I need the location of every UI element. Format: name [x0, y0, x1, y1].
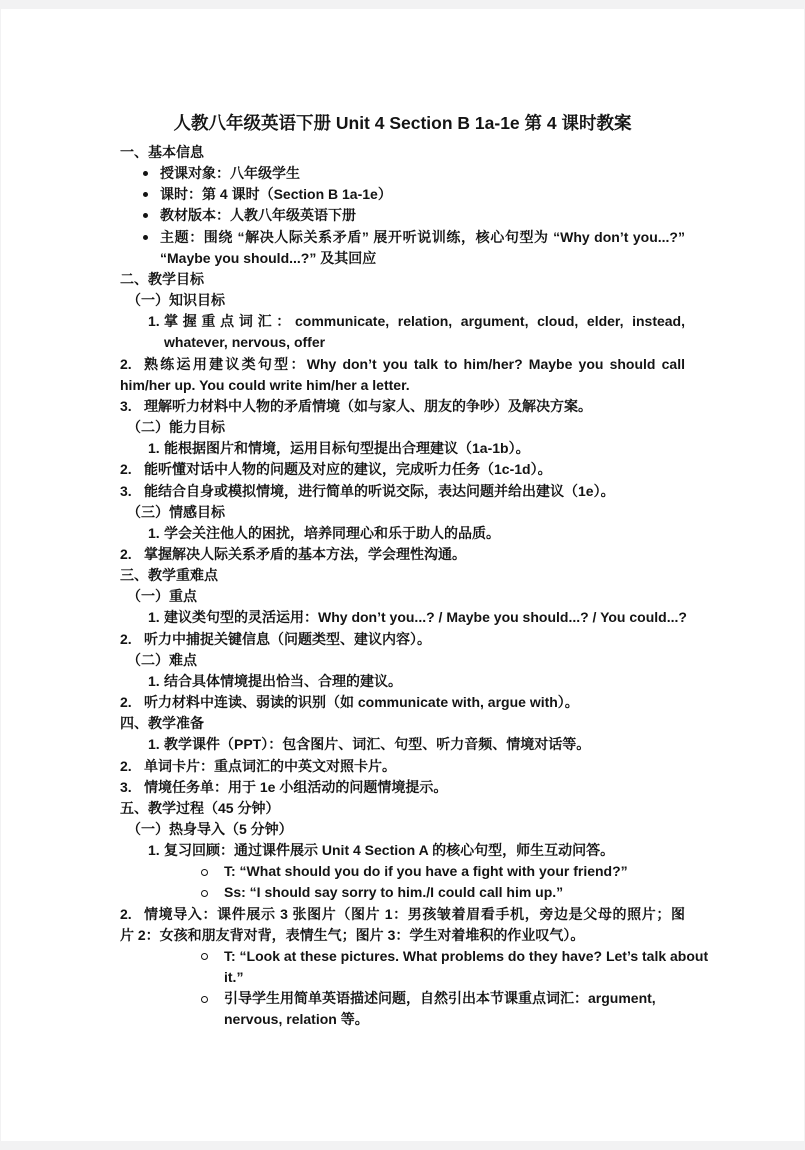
document-page: 人教八年级英语下册 Unit 4 Section B 1a-1e 第 4 课时教…: [1, 9, 804, 1141]
doc-line-text: T: “Look at these pictures. What problem…: [224, 948, 708, 964]
doc-line: 1.建议类句型的灵活运用：Why don’t you...? / Maybe y…: [120, 607, 685, 628]
doc-line-text: （二）难点: [127, 652, 197, 668]
list-number: 2.: [120, 756, 132, 777]
list-number: 1.: [148, 734, 160, 755]
doc-line: 2.熟练运用建议类句型：Why don’t you talk to him/he…: [120, 354, 685, 375]
doc-line-text: 建议类句型的灵活运用：Why don’t you...? / Maybe you…: [164, 609, 687, 625]
doc-line-text: 二、教学目标: [120, 271, 204, 287]
document-title: 人教八年级英语下册 Unit 4 Section B 1a-1e 第 4 课时教…: [119, 109, 686, 137]
doc-line-text: （一）重点: [127, 588, 197, 604]
list-number: 2.: [120, 904, 132, 925]
doc-line: Ss: “I should say sorry to him./I could …: [120, 882, 685, 903]
doc-line-text: 四、教学准备: [120, 715, 204, 731]
list-number: 1.: [148, 438, 160, 459]
doc-line-text: （二）能力目标: [127, 419, 225, 435]
doc-line: 2.听力材料中连读、弱读的识别（如 communicate with, argu…: [120, 692, 685, 713]
list-number: 1.: [148, 840, 160, 861]
doc-line: 1.教学课件（PPT）：包含图片、词汇、句型、听力音频、情境对话等。: [120, 734, 685, 755]
doc-line: 五、教学过程（45 分钟）: [120, 798, 685, 819]
doc-line-text: T: “What should you do if you have a fig…: [224, 863, 628, 879]
doc-line: 一、基本信息: [120, 142, 685, 163]
doc-line-text: 复习回顾：通过课件展示 Unit 4 Section A 的核心句型，师生互动问…: [164, 842, 614, 858]
doc-line-text: 情境导入：课件展示 3 张图片（图片 1：男孩皱着眉看手机，旁边是父母的照片；图: [144, 906, 685, 922]
doc-line: 1.学会关注他人的困扰，培养同理心和乐于助人的品质。: [120, 523, 685, 544]
doc-line: him/her up. You could write him/her a le…: [120, 375, 685, 396]
bullet-icon: [143, 192, 148, 197]
doc-line: 教材版本：人教八年级英语下册: [120, 205, 685, 226]
doc-line: 1.掌握重点词汇：communicate, relation, argument…: [120, 311, 685, 332]
doc-line: （一）知识目标: [120, 290, 685, 311]
doc-line: 1.结合具体情境提出恰当、合理的建议。: [120, 671, 685, 692]
doc-line-text: 主题：围绕 “解决人际关系矛盾” 展开听说训练，核心句型为 “Why don’t…: [160, 229, 685, 245]
screenshot-root: { "page": { "title": "人教八年级英语下册 Unit 4 S…: [0, 0, 805, 1150]
doc-line: 主题：围绕 “解决人际关系矛盾” 展开听说训练，核心句型为 “Why don’t…: [120, 227, 685, 248]
list-number: 2.: [120, 459, 132, 480]
circle-bullet-icon: [201, 953, 208, 960]
doc-line-text: 能结合自身或模拟情境，进行简单的听说交际，表达问题并给出建议（1e）。: [144, 483, 615, 499]
doc-line-text: nervous, relation 等。: [224, 1011, 369, 1027]
doc-line: it.”: [120, 967, 685, 988]
doc-line-text: 结合具体情境提出恰当、合理的建议。: [164, 673, 402, 689]
doc-line-text: （一）知识目标: [127, 292, 225, 308]
doc-line-text: Ss: “I should say sorry to him./I could …: [224, 884, 563, 900]
doc-line: 2.听力中捕捉关键信息（问题类型、建议内容）。: [120, 629, 685, 650]
doc-line: 2.情境导入：课件展示 3 张图片（图片 1：男孩皱着眉看手机，旁边是父母的照片…: [120, 904, 685, 925]
doc-line-text: 引导学生用简单英语描述问题，自然引出本节课重点词汇：argument,: [224, 990, 656, 1006]
doc-line-text: it.”: [224, 969, 243, 985]
doc-line: 2.能听懂对话中人物的问题及对应的建议，完成听力任务（1c-1d）。: [120, 459, 685, 480]
doc-line: 引导学生用简单英语描述问题，自然引出本节课重点词汇：argument,: [120, 988, 685, 1009]
doc-line-text: 三、教学重难点: [120, 567, 218, 583]
doc-line-text: 掌握解决人际关系矛盾的基本方法，学会理性沟通。: [144, 546, 466, 562]
list-number: 1.: [148, 671, 160, 692]
circle-bullet-icon: [201, 996, 208, 1003]
doc-line-text: 理解听力材料中人物的矛盾情境（如与家人、朋友的争吵）及解决方案。: [144, 398, 592, 414]
doc-line: （二）能力目标: [120, 417, 685, 438]
doc-line-text: （三）情感目标: [127, 504, 225, 520]
doc-line: （三）情感目标: [120, 502, 685, 523]
doc-line-text: “Maybe you should...?” 及其回应: [160, 250, 376, 266]
doc-line-text: 学会关注他人的困扰，培养同理心和乐于助人的品质。: [164, 525, 500, 541]
doc-line: whatever, nervous, offer: [120, 332, 685, 353]
doc-line: 3.情境任务单：用于 1e 小组活动的问题情境提示。: [120, 777, 685, 798]
doc-line-text: 片 2：女孩和朋友背对背，表情生气；图片 3：学生对着堆积的作业叹气）。: [120, 927, 584, 943]
doc-line: T: “What should you do if you have a fig…: [120, 861, 685, 882]
doc-line: 四、教学准备: [120, 713, 685, 734]
list-number: 2.: [120, 629, 132, 650]
doc-line: 课时：第 4 课时（Section B 1a-1e）: [120, 184, 685, 205]
doc-line: （二）难点: [120, 650, 685, 671]
circle-bullet-icon: [201, 890, 208, 897]
list-number: 2.: [120, 354, 132, 375]
doc-line-text: 听力材料中连读、弱读的识别（如 communicate with, argue …: [144, 694, 579, 710]
bullet-icon: [143, 171, 148, 176]
list-number: 3.: [120, 396, 132, 417]
doc-line-text: 听力中捕捉关键信息（问题类型、建议内容）。: [144, 631, 431, 647]
list-number: 1.: [148, 311, 160, 332]
list-number: 2.: [120, 544, 132, 565]
doc-line-text: 课时：第 4 课时（Section B 1a-1e）: [160, 186, 392, 202]
doc-line: nervous, relation 等。: [120, 1009, 685, 1030]
doc-line: （一）热身导入（5 分钟）: [120, 819, 685, 840]
doc-line-text: 掌握重点词汇：communicate, relation, argument, …: [164, 313, 685, 329]
doc-line: 二、教学目标: [120, 269, 685, 290]
list-number: 3.: [120, 777, 132, 798]
doc-line: 1.复习回顾：通过课件展示 Unit 4 Section A 的核心句型，师生互…: [120, 840, 685, 861]
doc-line: 3.理解听力材料中人物的矛盾情境（如与家人、朋友的争吵）及解决方案。: [120, 396, 685, 417]
doc-line: 2.掌握解决人际关系矛盾的基本方法，学会理性沟通。: [120, 544, 685, 565]
list-number: 3.: [120, 481, 132, 502]
list-number: 2.: [120, 692, 132, 713]
doc-line-text: （一）热身导入（5 分钟）: [127, 821, 293, 837]
doc-line: 授课对象：八年级学生: [120, 163, 685, 184]
doc-line-text: 教材版本：人教八年级英语下册: [160, 207, 356, 223]
doc-line: 1.能根据图片和情境，运用目标句型提出合理建议（1a-1b）。: [120, 438, 685, 459]
doc-line-text: whatever, nervous, offer: [164, 334, 325, 350]
doc-line-text: 单词卡片：重点词汇的中英文对照卡片。: [144, 758, 396, 774]
doc-line-text: him/her up. You could write him/her a le…: [120, 377, 410, 393]
doc-line-text: 五、教学过程（45 分钟）: [120, 800, 279, 816]
doc-line-text: 熟练运用建议类句型：Why don’t you talk to him/her?…: [144, 356, 685, 372]
doc-line-text: 能听懂对话中人物的问题及对应的建议，完成听力任务（1c-1d）。: [144, 461, 552, 477]
doc-line-text: 情境任务单：用于 1e 小组活动的问题情境提示。: [144, 779, 447, 795]
list-number: 1.: [148, 523, 160, 544]
doc-line: T: “Look at these pictures. What problem…: [120, 946, 685, 967]
bullet-icon: [143, 235, 148, 240]
document-body: 一、基本信息授课对象：八年级学生课时：第 4 课时（Section B 1a-1…: [120, 142, 685, 1031]
doc-line-text: 授课对象：八年级学生: [160, 165, 300, 181]
doc-line: 2.单词卡片：重点词汇的中英文对照卡片。: [120, 756, 685, 777]
doc-line-text: 一、基本信息: [120, 144, 204, 160]
doc-line: “Maybe you should...?” 及其回应: [120, 248, 685, 269]
doc-line: 片 2：女孩和朋友背对背，表情生气；图片 3：学生对着堆积的作业叹气）。: [120, 925, 685, 946]
circle-bullet-icon: [201, 869, 208, 876]
doc-line-text: 能根据图片和情境，运用目标句型提出合理建议（1a-1b）。: [164, 440, 530, 456]
doc-line: 三、教学重难点: [120, 565, 685, 586]
list-number: 1.: [148, 607, 160, 628]
doc-line: （一）重点: [120, 586, 685, 607]
doc-line: 3.能结合自身或模拟情境，进行简单的听说交际，表达问题并给出建议（1e）。: [120, 481, 685, 502]
doc-line-text: 教学课件（PPT）：包含图片、词汇、句型、听力音频、情境对话等。: [164, 736, 590, 752]
bullet-icon: [143, 213, 148, 218]
